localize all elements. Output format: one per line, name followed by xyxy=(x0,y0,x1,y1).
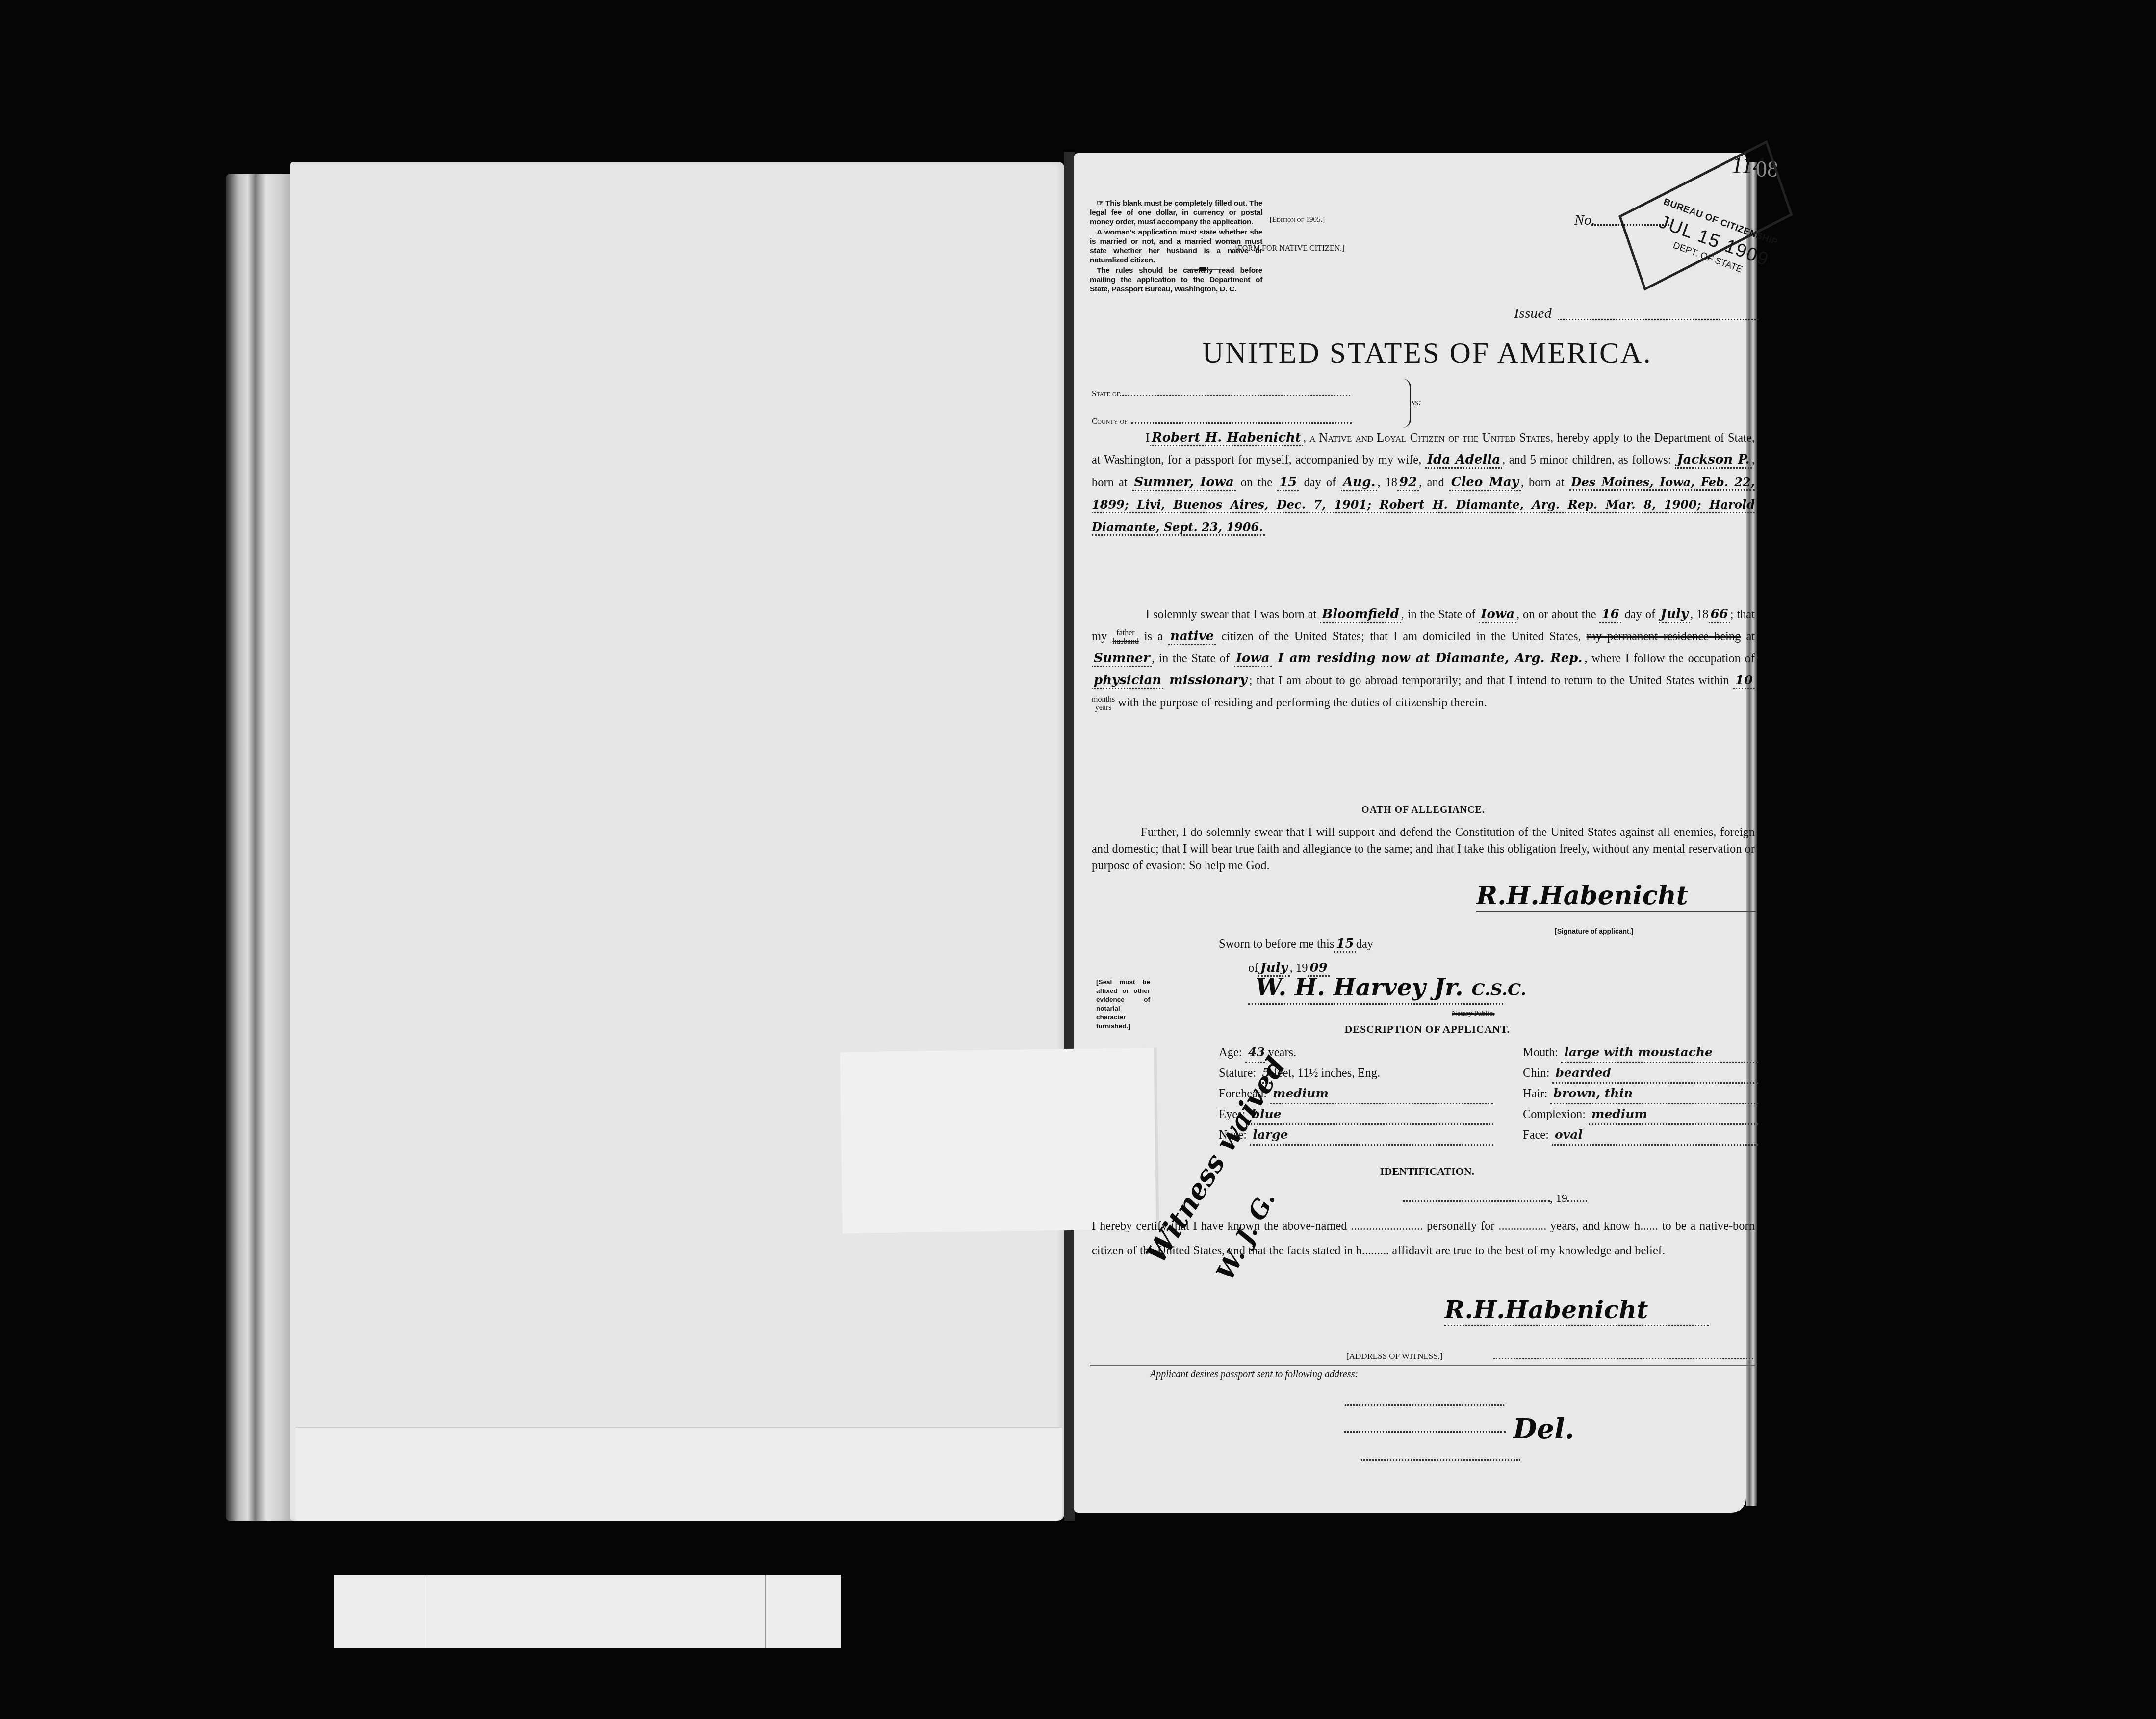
sworn-day: 15 xyxy=(1334,937,1356,953)
witness-signature: R.H.Habenicht xyxy=(1444,1295,1648,1324)
issued-field xyxy=(1558,319,1759,320)
state-field xyxy=(1120,395,1350,396)
application-paragraph: IRobert H. Habenicht, a Native and Loyal… xyxy=(1092,427,1755,539)
desc-complexion: Complexion:medium xyxy=(1523,1104,1758,1125)
left-page-curl xyxy=(295,1427,1062,1521)
mailing-address-label: Applicant desires passport sent to follo… xyxy=(1150,1369,1358,1380)
left-page-blank xyxy=(290,162,1064,1521)
issued-label: Issued xyxy=(1514,305,1552,322)
birth-year: 66 xyxy=(1709,607,1730,623)
edition-label: [Edition of 1905.] xyxy=(1187,216,1408,224)
birth-paragraph: I solemnly swear that I was born at Bloo… xyxy=(1092,603,1755,714)
notary-signature-line xyxy=(1248,1003,1503,1005)
birth-month: July xyxy=(1659,607,1690,623)
struck-residence-text: my permanent residence being xyxy=(1587,630,1741,643)
birth-day: 16 xyxy=(1599,607,1621,623)
birth-state: Iowa xyxy=(1479,607,1516,623)
sworn-block: Sworn to before me this15day ofJuly, 190… xyxy=(1219,932,1373,980)
oath-heading: OATH OF ALLEGIANCE. xyxy=(1092,805,1755,816)
wife-name: Ida Adella xyxy=(1425,452,1502,469)
state-label: State of xyxy=(1092,380,1120,408)
child1-name: Jackson P. xyxy=(1675,452,1752,469)
child1-month: Aug. xyxy=(1341,475,1377,491)
father-husband-choice: fatherhusband xyxy=(1112,629,1138,646)
identification-heading: IDENTIFICATION. xyxy=(1182,1165,1672,1178)
applicant-signature: R.H.Habenicht xyxy=(1476,881,1756,912)
return-within: 10 xyxy=(1733,673,1755,689)
form-type-label: [FORM FOR NATIVE CITIZEN.] xyxy=(1177,244,1403,253)
months-years-choice: monthsyears xyxy=(1092,695,1115,712)
bottom-paper-strip xyxy=(334,1575,841,1648)
book-gutter xyxy=(1064,152,1075,1521)
residing-note: I am residing now at Diamante, Arg. Rep. xyxy=(1276,651,1584,666)
mailing-address-line-1 xyxy=(1345,1404,1504,1406)
description-heading: DESCRIPTION OF APPLICANT. xyxy=(1182,1023,1672,1036)
notary-caption: Notary Public. xyxy=(1452,1010,1495,1018)
occupation: physician xyxy=(1092,673,1163,689)
child1-day: 15 xyxy=(1277,475,1299,491)
description-right-column: Mouth:large with moustache Chin:bearded … xyxy=(1523,1042,1758,1146)
pointing-hand-icon: ☞ xyxy=(1097,199,1104,208)
witness-signature-line xyxy=(1444,1325,1709,1326)
applicant-name: Robert H. Habenicht xyxy=(1150,430,1303,446)
notary-signature: W. H. Harvey Jr. C.S.C. xyxy=(1256,974,1526,1001)
signature-caption: [Signature of applicant.] xyxy=(1555,927,1633,935)
mailing-address-line-2 xyxy=(1344,1431,1506,1432)
residence-state: Iowa xyxy=(1234,651,1272,667)
mailing-address-line-3 xyxy=(1361,1459,1520,1461)
identification-date: , 19 xyxy=(1403,1192,1587,1205)
book-page-stack-edge xyxy=(226,174,299,1521)
birth-place: Bloomfield xyxy=(1320,607,1401,623)
desc-hair: Hair:brown, thin xyxy=(1523,1084,1758,1104)
desc-mouth: Mouth:large with moustache xyxy=(1523,1042,1758,1063)
mailing-handwritten-mark: Del. xyxy=(1513,1413,1574,1445)
child1-birthplace: Sumner, Iowa xyxy=(1132,475,1236,491)
seal-note: [Seal must be affixed or other evidence … xyxy=(1096,978,1150,1031)
paper-slip-insert xyxy=(840,1048,1156,1234)
father-status: native xyxy=(1168,629,1216,645)
child2-name: Cleo May xyxy=(1449,475,1521,491)
desc-nose: Nose:large xyxy=(1219,1125,1493,1146)
ss-label: ss: xyxy=(1412,397,1421,408)
venue-brace xyxy=(1403,379,1411,428)
address-of-witness-label: [ADDRESS OF WITNESS.] xyxy=(1346,1352,1443,1361)
ornament-center xyxy=(1200,267,1206,271)
number-label: No. xyxy=(1574,212,1595,229)
document-title: UNITED STATES OF AMERICA. xyxy=(1113,336,1741,370)
desc-chin: Chin:bearded xyxy=(1523,1063,1758,1084)
child1-year: 92 xyxy=(1397,475,1419,491)
address-of-witness-field xyxy=(1493,1358,1753,1359)
occupation-note: missionary xyxy=(1167,673,1249,688)
residence-city: Sumner xyxy=(1092,651,1152,667)
county-field xyxy=(1131,422,1352,424)
desc-face: Face:oval xyxy=(1523,1125,1758,1146)
section-divider xyxy=(1090,1365,1757,1366)
oath-text: Further, I do solemnly swear that I will… xyxy=(1092,824,1755,874)
